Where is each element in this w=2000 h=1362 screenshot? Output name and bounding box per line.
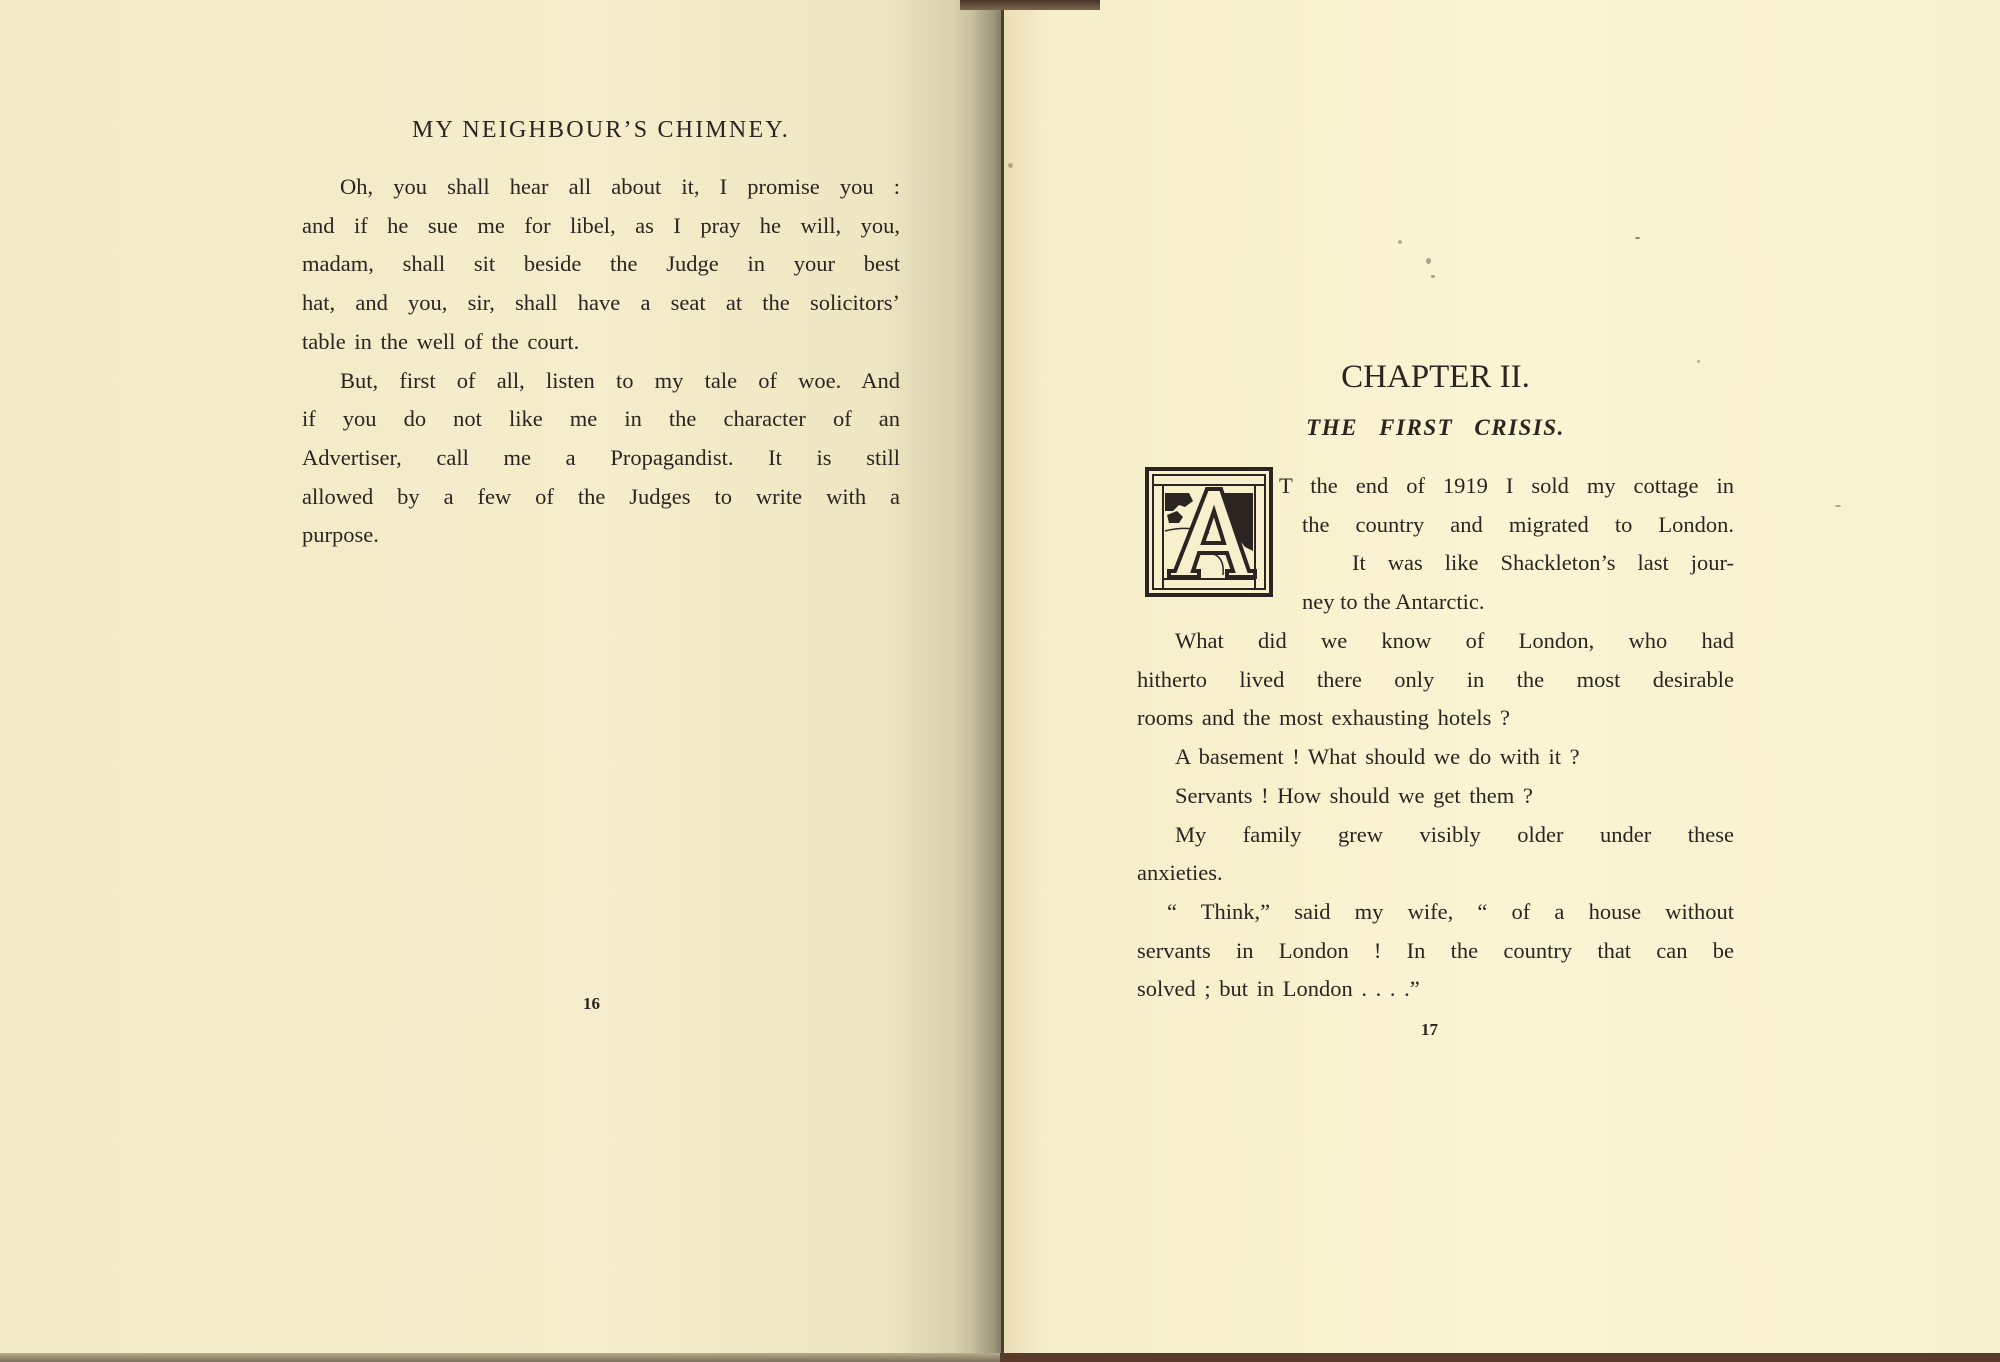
book-spread: MY NEIGHBOUR’S CHIMNEY. Oh, you shall he… — [0, 0, 2000, 1362]
opening-lines: T the end of 1919 I sold my cottage in t… — [1137, 467, 1734, 622]
chapter-title: CHAPTER II. — [1137, 355, 1734, 399]
foxing-speck — [1635, 237, 1640, 239]
text-line: Oh, you shall hear all about it, I promi… — [302, 168, 900, 207]
text-line: A basement ! What should we do with it ? — [1137, 738, 1734, 777]
text-line: My family grew visibly older under these — [1137, 816, 1734, 855]
text-line: solved ; but in London . . . .” — [1137, 970, 1734, 1009]
foxing-speck — [1835, 505, 1841, 507]
cover-bottom-edge — [1000, 1353, 2000, 1362]
text-line: hat, and you, sir, shall have a seat at … — [302, 284, 900, 323]
left-page-text: MY NEIGHBOUR’S CHIMNEY. Oh, you shall he… — [302, 110, 900, 555]
chapter-subtitle: THE FIRST CRISIS. — [1137, 409, 1734, 447]
text-line: rooms and the most exhausting hotels ? — [1137, 699, 1734, 738]
paragraph: A basement ! What should we do with it ? — [1137, 738, 1734, 777]
text-line: purpose. — [302, 516, 900, 555]
text-line: madam, shall sit beside the Judge in you… — [302, 245, 900, 284]
paragraph: “ Think,” said my wife, “ of a house wit… — [1137, 893, 1734, 1009]
paragraph: But, first of all, listen to my tale of … — [302, 362, 900, 556]
text-line: What did we know of London, who had — [1137, 622, 1734, 661]
gutter-shadow — [970, 0, 1001, 1362]
text-line: anxieties. — [1137, 854, 1734, 893]
text-line: hitherto lived there only in the most de… — [1137, 661, 1734, 700]
paragraph: Oh, you shall hear all about it, I promi… — [302, 168, 900, 362]
binding-top-edge — [960, 0, 1100, 10]
page-number: 17 — [1421, 1020, 1438, 1040]
paragraph: Servants ! How should we get them ? — [1137, 777, 1734, 816]
text-line: Advertiser, call me a Propagandist. It i… — [302, 439, 900, 478]
text-line: “ Think,” said my wife, “ of a house wit… — [1137, 893, 1734, 932]
text-line: and if he sue me for libel, as I pray he… — [302, 207, 900, 246]
paragraph: My family grew visibly older under these… — [1137, 816, 1734, 893]
foxing-speck — [1426, 258, 1431, 264]
page-number: 16 — [583, 994, 600, 1014]
text-line: table in the well of the court. — [302, 323, 900, 362]
text-line: T the end of 1919 I sold my cottage in — [1137, 467, 1734, 506]
paragraph: What did we know of London, who had hith… — [1137, 622, 1734, 738]
foxing-speck — [1398, 240, 1402, 244]
text-line: servants in London ! In the country that… — [1137, 932, 1734, 971]
text-line: But, first of all, listen to my tale of … — [302, 362, 900, 401]
text-line: the country and migrated to London. — [1137, 506, 1734, 545]
text-line: It was like Shackleton’s last jour- — [1137, 544, 1734, 583]
foxing-speck — [1431, 275, 1435, 278]
right-page-text: CHAPTER II. THE FIRST CRISIS. — [1137, 355, 1734, 1009]
text-line: allowed by a few of the Judges to write … — [302, 478, 900, 517]
text-line: ney to the Antarctic. — [1137, 583, 1734, 622]
text-line: if you do not like me in the character o… — [302, 400, 900, 439]
opening-block: T the end of 1919 I sold my cottage in t… — [1137, 467, 1734, 622]
running-head: MY NEIGHBOUR’S CHIMNEY. — [302, 110, 900, 150]
text-line: Servants ! How should we get them ? — [1137, 777, 1734, 816]
foxing-speck — [1008, 163, 1013, 168]
gutter-line — [1001, 10, 1004, 1355]
